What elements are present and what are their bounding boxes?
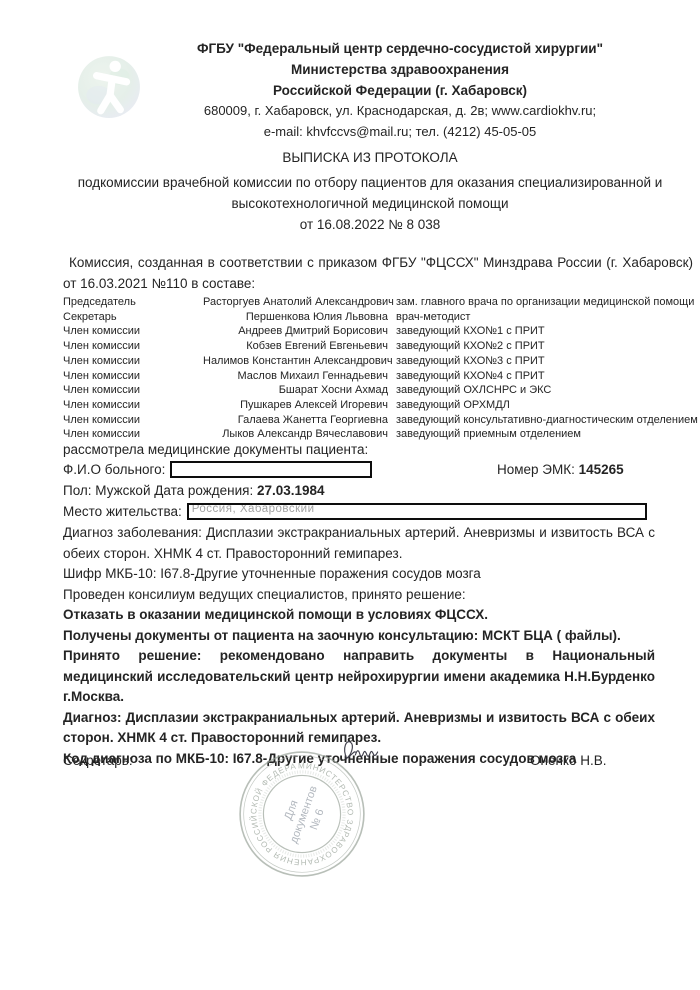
- member-role: Член комиссии: [63, 398, 203, 413]
- document-title: ВЫПИСКА ИЗ ПРОТОКОЛА подкомиссии врачебн…: [40, 147, 700, 235]
- member-role: Член комиссии: [63, 369, 203, 384]
- scanned-protocol-extract-document: ФГБУ "Федеральный центр сердечно-сосудис…: [0, 0, 700, 990]
- member-name: Першенкова Юлия Львовна: [203, 310, 388, 325]
- table-row: Член комиссии Галаева Жанетта Георгиевна…: [63, 413, 693, 428]
- member-role: Член комиссии: [63, 383, 203, 398]
- member-position: заведующий ОХЛСНРС и ЭКС: [388, 383, 693, 398]
- member-name: Андреев Дмитрий Борисович: [203, 324, 388, 339]
- commission-intro: Комиссия, созданная в соответствии с при…: [63, 252, 693, 294]
- residence-visible-fragment: Россия, Хабаровский: [189, 503, 645, 520]
- table-row: Секретарь Першенкова Юлия Львовна врач-м…: [63, 310, 693, 325]
- refuse-decision-line: Отказать в оказании медицинской помощи в…: [63, 605, 655, 626]
- dob-value: 27.03.1984: [257, 480, 325, 501]
- table-row: Член комиссии Налимов Константин Алексан…: [63, 354, 693, 369]
- member-position: заведующий консультативно-диагностически…: [388, 413, 698, 428]
- member-name: Маслов Михаил Геннадьевич: [203, 369, 388, 384]
- consilium-line: Проведен консилиум ведущих специалистов,…: [63, 585, 655, 606]
- title-date-number: от 16.08.2022 № 8 038: [40, 214, 700, 235]
- title-main: ВЫПИСКА ИЗ ПРОТОКОЛА: [40, 147, 700, 168]
- patient-sex-dob-row: Пол: Мужской Дата рождения: 27.03.1984: [63, 480, 663, 501]
- commission-intro-line: Комиссия, созданная в соответствии с при…: [63, 252, 693, 273]
- table-row: Член комиссии Маслов Михаил Геннадьевич …: [63, 369, 693, 384]
- member-role: Секретарь: [63, 310, 203, 325]
- table-row: Член комиссии Пушкарев Алексей Игоревич …: [63, 398, 693, 413]
- diagnosis-paragraph: Диагноз заболевания: Дисплазии экстракра…: [63, 523, 655, 564]
- secretary-row: Секретарь: Оненко Н.В.: [63, 750, 663, 771]
- patient-info: Ф.И.О больного: Номер ЭМК: 145265 Пол: М…: [63, 459, 663, 522]
- member-position: заведующий КХО№4 с ПРИТ: [388, 369, 693, 384]
- residence-label: Место жительства:: [63, 501, 182, 522]
- dob-label: Дата рождения:: [154, 480, 253, 501]
- diagnosis-label: Диагноз заболевания:: [63, 525, 202, 540]
- member-position: зам. главного врача по организации медиц…: [388, 295, 694, 310]
- emk-value: 145265: [579, 462, 624, 477]
- org-name-line: Российской Федерации (г. Хабаровск): [110, 80, 690, 101]
- patient-fio-row: Ф.И.О больного: Номер ЭМК: 145265: [63, 459, 663, 480]
- org-address-line: 680009, г. Хабаровск, ул. Краснодарская,…: [110, 101, 690, 122]
- reviewed-statement: рассмотрела медицинские документы пациен…: [63, 439, 368, 460]
- emk-number: Номер ЭМК: 145265: [497, 459, 624, 480]
- org-name-line: Министерства здравоохранения: [110, 59, 690, 80]
- residence-redaction-box: Россия, Хабаровский: [187, 503, 647, 520]
- member-position: врач-методист: [388, 310, 693, 325]
- member-name: Кобзев Евгений Евгеньевич: [203, 339, 388, 354]
- member-position: заведующий приемным отделением: [388, 427, 693, 442]
- member-name: Расторгуев Анатолий Александрович: [203, 295, 388, 310]
- member-position: заведующий КХО№3 с ПРИТ: [388, 354, 693, 369]
- table-row: Член комиссии Кобзев Евгений Евгеньевич …: [63, 339, 693, 354]
- member-name: Галаева Жанетта Георгиевна: [203, 413, 388, 428]
- table-row: Член комиссии Андреев Дмитрий Борисович …: [63, 324, 693, 339]
- org-name-line: ФГБУ "Федеральный центр сердечно-сосудис…: [110, 38, 690, 59]
- table-row: Председатель Расторгуев Анатолий Алексан…: [63, 295, 693, 310]
- member-role: Председатель: [63, 295, 203, 310]
- member-name: Бшарат Хосни Ахмад: [203, 383, 388, 398]
- mkb-line: Шифр МКБ-10: I67.8-Другие уточненные пор…: [63, 564, 655, 585]
- member-name: Пушкарев Алексей Игоревич: [203, 398, 388, 413]
- title-subtitle-line: высокотехнологичной медицинской помощи: [40, 193, 700, 214]
- member-role: Член комиссии: [63, 413, 203, 428]
- org-contact-line: e-mail: khvfccvs@mail.ru; тел. (4212) 45…: [110, 122, 690, 143]
- member-position: заведующий КХО№2 с ПРИТ: [388, 339, 693, 354]
- member-role: Член комиссии: [63, 354, 203, 369]
- commission-intro-line: от 16.03.2021 №110 в составе:: [63, 273, 693, 294]
- patient-residence-row: Место жительства: Россия, Хабаровский: [63, 501, 663, 522]
- table-row: Член комиссии Бшарат Хосни Ахмад заведую…: [63, 383, 693, 398]
- member-position: заведующий КХО№1 с ПРИТ: [388, 324, 693, 339]
- fio-redaction-box: [170, 461, 372, 478]
- member-role: Член комиссии: [63, 339, 203, 354]
- fio-label: Ф.И.О больного:: [63, 459, 165, 480]
- secretary-label: Секретарь:: [63, 753, 133, 768]
- member-name: Налимов Константин Александрович: [203, 354, 388, 369]
- commission-members-table: Председатель Расторгуев Анатолий Алексан…: [63, 295, 693, 442]
- title-subtitle-line: подкомиссии врачебной комиссии по отбору…: [40, 172, 700, 193]
- docs-received-line: Получены документы от пациента на заочну…: [63, 626, 655, 647]
- emk-label: Номер ЭМК:: [497, 462, 575, 477]
- member-role: Член комиссии: [63, 324, 203, 339]
- letterhead: ФГБУ "Федеральный центр сердечно-сосудис…: [110, 38, 690, 142]
- secretary-name: Оненко Н.В.: [530, 750, 607, 771]
- sex-label: Пол: Мужской: [63, 480, 150, 501]
- member-position: заведующий ОРХМДЛ: [388, 398, 693, 413]
- decision-line: Принято решение: рекомендовано направить…: [63, 646, 655, 708]
